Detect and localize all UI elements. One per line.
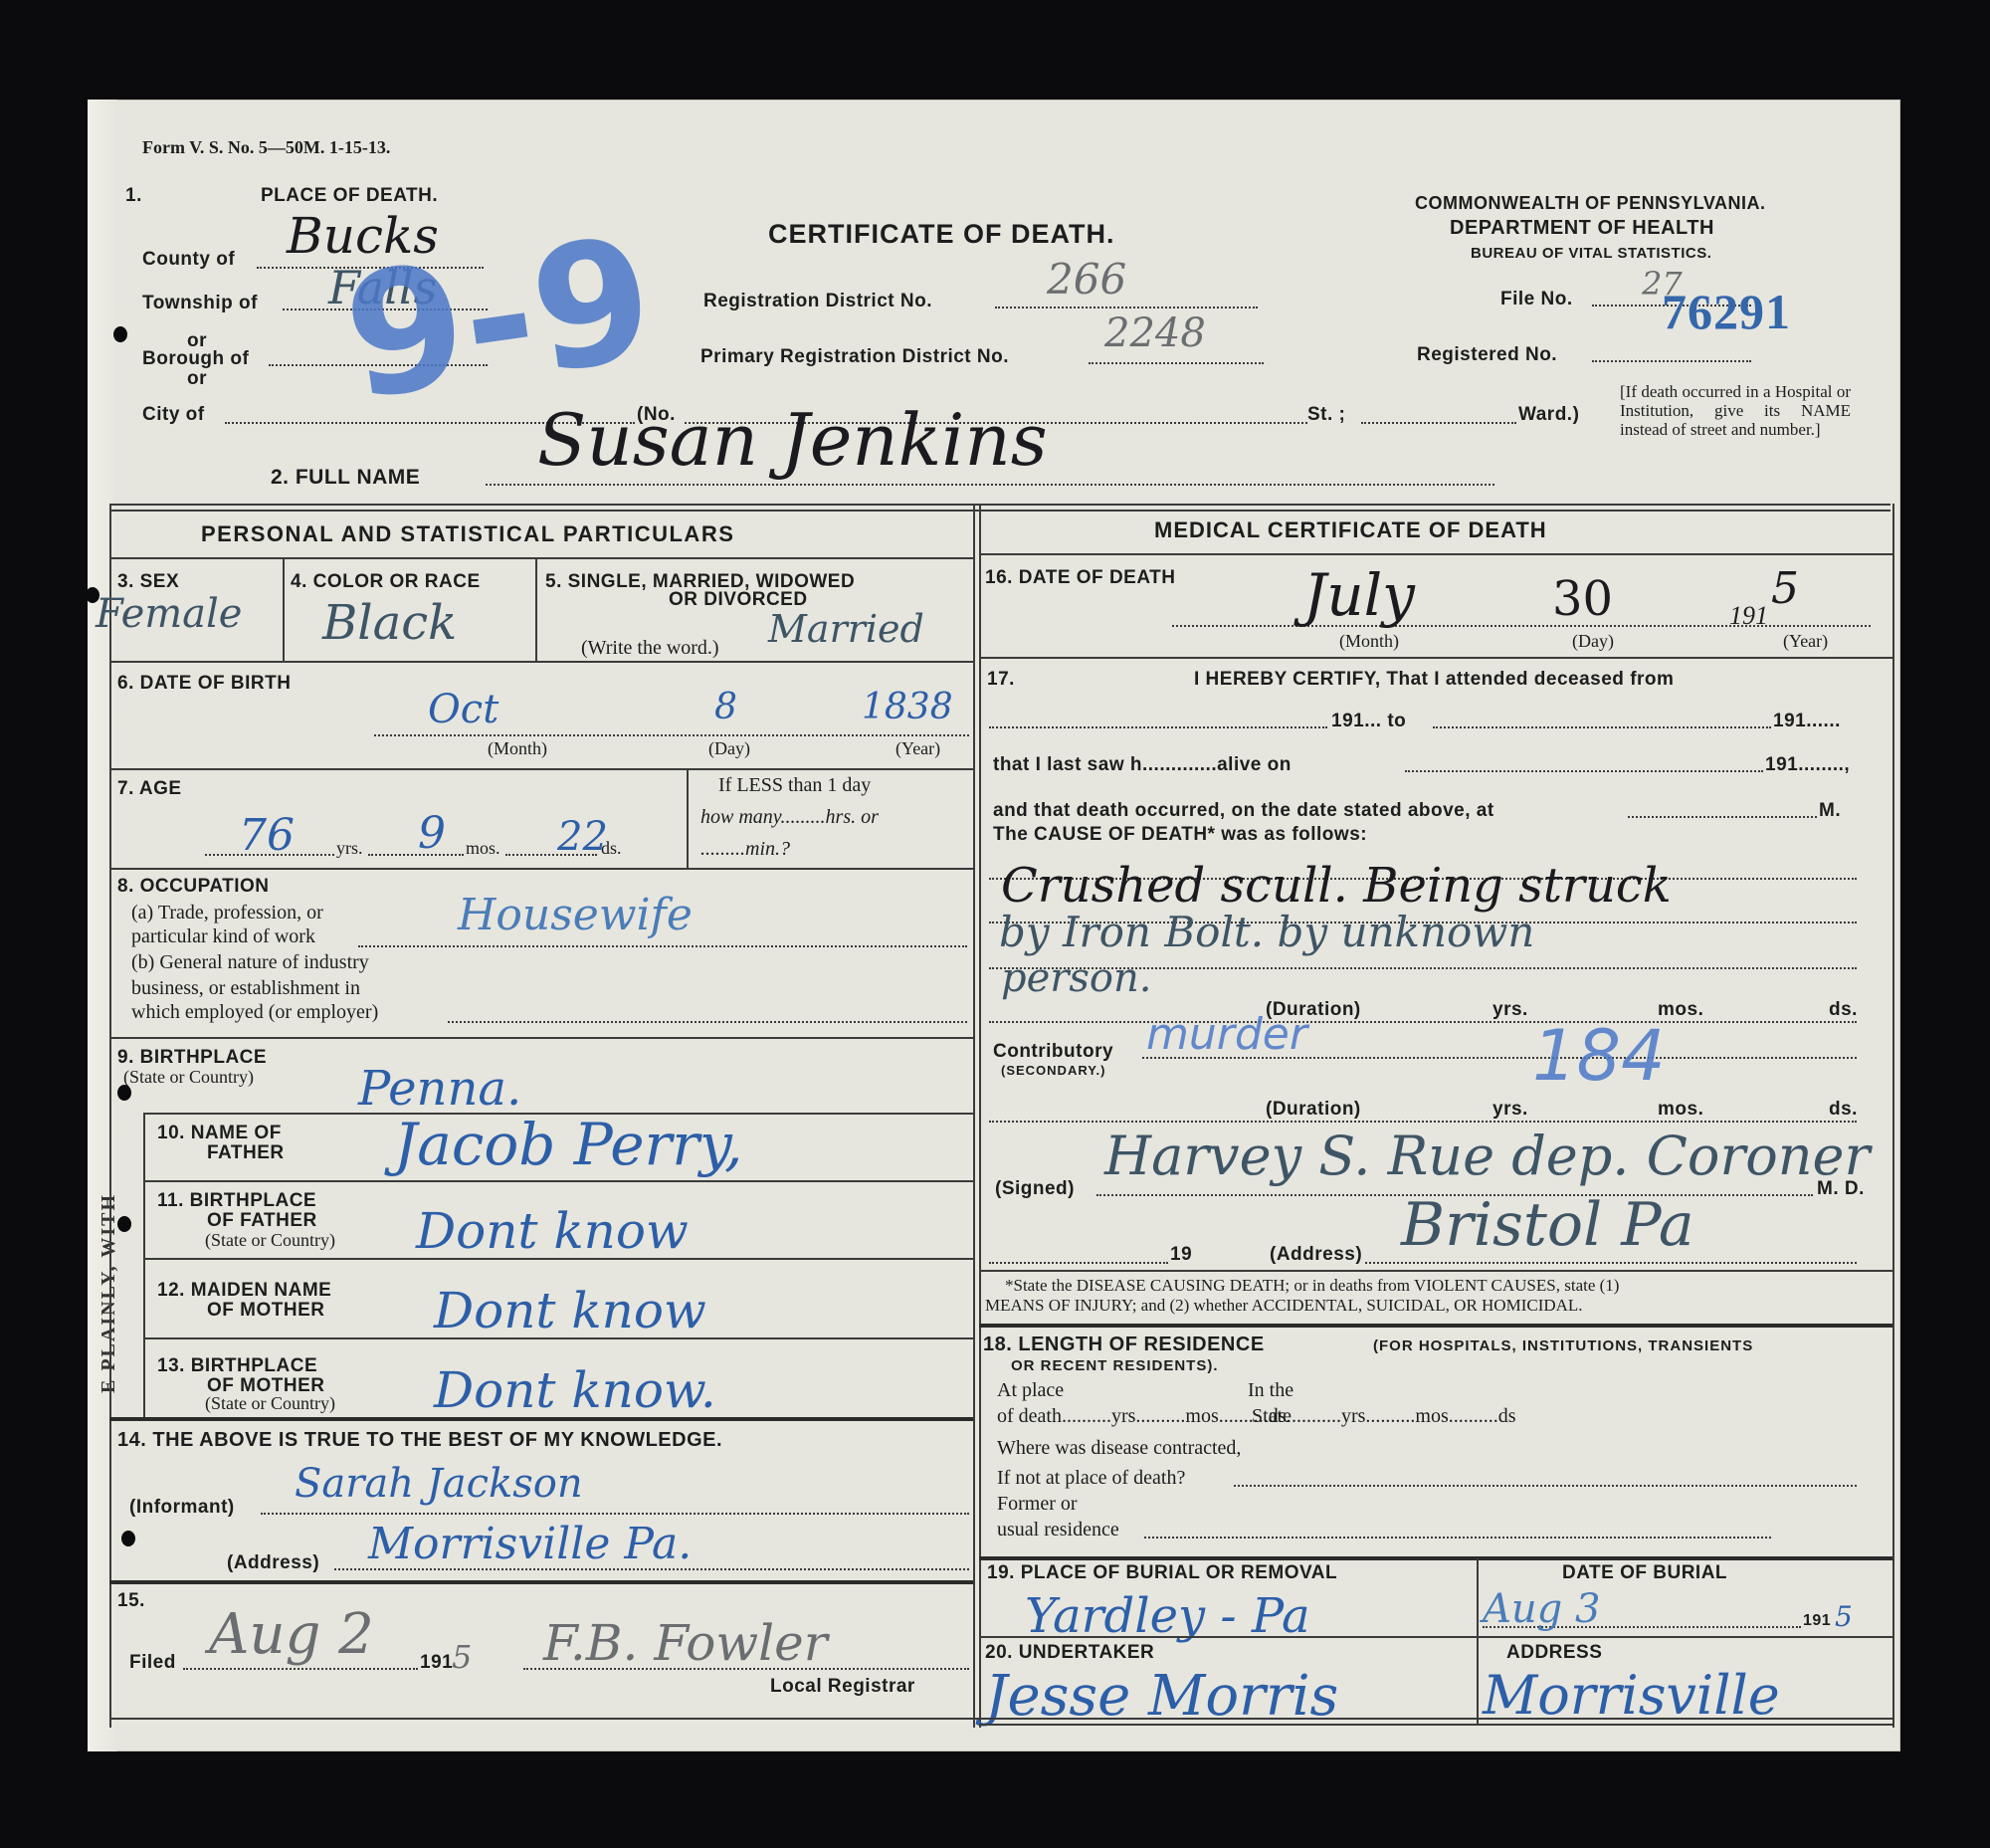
place-of-death-label: PLACE OF DEATH. <box>261 185 438 207</box>
duration-label: (Duration) <box>1266 1099 1361 1121</box>
divider <box>109 557 973 559</box>
center-divider <box>973 504 975 1728</box>
informant-value: Sarah Jackson <box>295 1461 583 1507</box>
state-or-country-hint: (State or Country) <box>123 1067 254 1088</box>
father-birthplace-value: Dont know <box>416 1202 689 1260</box>
medical-section-title: MEDICAL CERTIFICATE OF DEATH <box>1154 517 1547 543</box>
divider <box>535 557 537 661</box>
residence-in-state-line: State..........yrs..........mos.........… <box>1252 1405 1516 1428</box>
divider <box>109 510 1890 512</box>
yrs-label: yrs. <box>336 838 363 859</box>
right-border <box>1892 504 1894 1728</box>
physician-signature: Harvey S. Rue dep. Coroner <box>1104 1125 1870 1187</box>
hospital-note: [If death occurred in a Hospital or Inst… <box>1620 382 1851 439</box>
mother-maiden-name-value: Dont know <box>434 1282 706 1339</box>
certify-section-number: 17. <box>987 669 1015 691</box>
race-label: 4. COLOR OR RACE <box>291 571 481 593</box>
agency-line-3: BUREAU OF VITAL STATISTICS. <box>1471 245 1711 262</box>
less-than-day-line-3: .........min.? <box>700 838 790 861</box>
full-name-label: 2. FULL NAME <box>271 466 420 490</box>
primary-registration-district-label: Primary Registration District No. <box>700 346 1009 368</box>
informant-field-line <box>261 1513 969 1515</box>
burial-year-suffix: 5 <box>1835 1600 1853 1633</box>
dob-field-line <box>374 734 969 736</box>
divider <box>283 557 285 661</box>
death-occurred-label: and that death occurred, on the date sta… <box>993 800 1494 822</box>
occupation-a-field-line <box>358 945 967 947</box>
physician-address-label: (Address) <box>1270 1244 1362 1266</box>
divider <box>979 1556 1892 1560</box>
bottom-border <box>979 1724 1892 1726</box>
if-not-place-label: If not at place of death? <box>997 1467 1185 1490</box>
divider <box>687 768 689 868</box>
city-label: City of <box>142 404 205 426</box>
ward-label: Ward.) <box>1518 404 1579 426</box>
binder-hole <box>113 326 127 342</box>
age-months-line <box>368 854 464 856</box>
occupation-label: 8. OCCUPATION <box>117 876 270 898</box>
undertaker-label: 20. UNDERTAKER <box>985 1642 1154 1664</box>
dod-year-prefix: 191 <box>1729 601 1768 631</box>
day-caption: (Day) <box>708 738 750 759</box>
date-of-birth-label: 6. DATE OF BIRTH <box>117 673 291 695</box>
ds-label: ds. <box>1829 999 1858 1021</box>
registration-district-value: 266 <box>1047 255 1126 304</box>
or-label: or <box>187 368 207 390</box>
occupation-a-line-2: particular kind of work <box>131 925 315 948</box>
divider <box>143 1337 973 1339</box>
occupation-b-field-line <box>448 1021 967 1023</box>
state-or-country-hint: (State or Country) <box>205 1230 335 1251</box>
mother-maiden-name-label: 12. MAIDEN NAME <box>157 1280 331 1302</box>
divider <box>1477 1558 1479 1726</box>
ward-field-line <box>1361 422 1516 424</box>
birthplace-value: Penna. <box>358 1061 521 1117</box>
occupation-b-line-2: business, or establishment in <box>131 977 360 1000</box>
signature-date-line <box>989 1262 1168 1264</box>
divider <box>109 1417 973 1421</box>
burial-place-label: 19. PLACE OF BURIAL OR REMOVAL <box>987 1562 1337 1584</box>
informant-section-label: 14. THE ABOVE IS TRUE TO THE BEST OF MY … <box>117 1429 722 1452</box>
marital-status-value: Married <box>768 607 924 651</box>
ds-label: ds. <box>601 838 622 859</box>
mos-label: mos. <box>1658 1099 1703 1121</box>
personal-section-title: PERSONAL AND STATISTICAL PARTICULARS <box>201 521 734 547</box>
contributory-label: Contributory <box>993 1041 1113 1063</box>
attended-to-line <box>1433 726 1771 728</box>
month-caption: (Month) <box>1339 631 1399 652</box>
divider <box>109 768 973 770</box>
meridiem-label: M. <box>1819 800 1841 822</box>
registration-district-label: Registration District No. <box>703 291 932 312</box>
month-caption: (Month) <box>488 738 547 759</box>
former-or-label: Former or <box>997 1493 1078 1516</box>
contributory-value: murder <box>1146 1009 1307 1060</box>
usual-residence-label: usual residence <box>997 1519 1119 1541</box>
center-divider <box>979 504 981 1728</box>
divider <box>979 553 1892 555</box>
county-label: County of <box>142 249 235 271</box>
divider <box>979 1270 1892 1272</box>
divider <box>109 1580 973 1584</box>
duration-line <box>989 1021 1857 1023</box>
physician-address-line <box>1365 1262 1857 1264</box>
burial-date-value: Aug 3 <box>1483 1586 1600 1632</box>
mother-birthplace-value: Dont know. <box>434 1361 716 1419</box>
informant-address-label: (Address) <box>227 1552 319 1574</box>
cause-of-death-line-3: person. <box>1001 955 1151 1001</box>
file-number-stamp: 76291 <box>1662 283 1791 340</box>
divider <box>143 1113 145 1417</box>
left-border <box>109 504 111 1728</box>
father-birthplace-label: 11. BIRTHPLACE <box>157 1190 316 1212</box>
last-saw-line <box>1405 770 1763 772</box>
sex-label: 3. SEX <box>117 571 179 593</box>
street-label: St. ; <box>1307 404 1345 426</box>
divider <box>979 657 1892 659</box>
attended-from-line <box>989 726 1327 728</box>
divider <box>143 1258 973 1260</box>
township-label: Township of <box>142 293 258 314</box>
state-or-country-hint: (State or Country) <box>205 1393 335 1414</box>
usual-residence-line <box>1144 1537 1771 1539</box>
occupation-b-line-3: which employed (or employer) <box>131 1001 378 1024</box>
registration-district-line <box>995 307 1258 308</box>
dob-day-value: 8 <box>714 687 737 727</box>
dod-year-suffix: 5 <box>1771 563 1799 614</box>
filed-year-prefix: 191 <box>420 1652 453 1674</box>
where-contracted-label: Where was disease contracted, <box>997 1437 1241 1460</box>
birthplace-label: 9. BIRTHPLACE <box>117 1047 267 1069</box>
divider <box>979 1636 1892 1638</box>
filed-date-line <box>183 1668 418 1670</box>
father-name-label: 10. NAME OF <box>157 1123 282 1144</box>
bottom-border <box>109 1718 1892 1720</box>
primary-registration-district-value: 2248 <box>1104 310 1206 356</box>
father-birthplace-label-2: OF FATHER <box>207 1210 317 1232</box>
age-months-value: 9 <box>418 808 446 859</box>
registered-number-line <box>1592 360 1751 362</box>
binder-hole <box>121 1531 135 1546</box>
secondary-duration-line <box>989 1121 1857 1123</box>
dod-month-value: July <box>1303 561 1415 629</box>
certificate-title: CERTIFICATE OF DEATH. <box>768 219 1114 250</box>
certify-statement: I HEREBY CERTIFY, That I attended deceas… <box>1194 669 1674 691</box>
divider <box>109 504 1890 506</box>
attended-from-year: 191... to <box>1331 711 1406 732</box>
informant-label: (Informant) <box>129 1497 235 1519</box>
death-time-line <box>1628 816 1817 818</box>
filed-date-value: Aug 2 <box>209 1602 374 1667</box>
dob-year-value: 1838 <box>862 687 953 727</box>
race-value: Black <box>322 595 457 651</box>
at-place-label: At place <box>997 1379 1064 1402</box>
filed-year-suffix: 5 <box>452 1638 472 1676</box>
primary-registration-district-line <box>1089 362 1264 364</box>
occupation-a-line-1: (a) Trade, profession, or <box>131 902 323 924</box>
file-number-label: File No. <box>1500 289 1573 310</box>
signed-label: (Signed) <box>995 1178 1075 1200</box>
full-name-line <box>486 484 1494 486</box>
physician-address-value: Bristol Pa <box>1401 1190 1694 1260</box>
footnote-line-1: *State the DISEASE CAUSING DEATH; or in … <box>1005 1276 1619 1296</box>
registrar-signature: F.B. Fowler <box>543 1614 828 1672</box>
filed-label: Filed <box>129 1652 176 1674</box>
mos-label: mos. <box>466 838 500 859</box>
agency-line-1: COMMONWEALTH OF PENNSYLVANIA. <box>1415 193 1765 214</box>
cause-of-death-line-1: Crushed scull. Being struck <box>1001 858 1672 914</box>
divider <box>109 1037 973 1039</box>
father-name-label-2: FATHER <box>207 1142 285 1164</box>
less-than-day-line-2: how many.........hrs. or <box>700 806 879 829</box>
last-saw-year: 191........, <box>1765 754 1850 776</box>
burial-year-prefix: 191 <box>1803 1612 1831 1630</box>
full-name-value: Susan Jenkins <box>537 398 1048 482</box>
yrs-label: yrs. <box>1492 999 1528 1021</box>
last-saw-label: that I last saw h.............alive on <box>993 754 1292 776</box>
divider <box>109 868 973 870</box>
cause-of-death-line-2: by Iron Bolt. by unknown <box>999 908 1534 956</box>
day-caption: (Day) <box>1572 631 1614 652</box>
cause-of-death-intro: The CAUSE OF DEATH* was as follows: <box>993 824 1367 846</box>
sex-value: Female <box>96 591 242 637</box>
md-label: M. D. <box>1817 1178 1865 1200</box>
contributory-annotation: 184 <box>1532 1015 1666 1097</box>
residence-label: 18. LENGTH OF RESIDENCE <box>983 1334 1265 1356</box>
divider <box>109 661 973 663</box>
agency-line-2: DEPARTMENT OF HEALTH <box>1450 217 1714 240</box>
footnote-line-2: MEANS OF INJURY; and (2) whether ACCIDEN… <box>985 1296 1583 1316</box>
occupation-b-line-1: (b) General nature of industry <box>131 951 369 974</box>
year-caption: (Year) <box>1783 631 1828 652</box>
registered-number-label: Registered No. <box>1417 344 1557 366</box>
age-label: 7. AGE <box>117 778 182 800</box>
mother-maiden-name-label-2: OF MOTHER <box>207 1300 325 1322</box>
form-number: Form V. S. No. 5—50M. 1-15-13. <box>142 137 390 158</box>
occupation-value: Housewife <box>458 890 693 940</box>
date-of-death-label: 16. DATE OF DEATH <box>985 567 1175 589</box>
filed-section-number: 15. <box>117 1590 145 1612</box>
year-caption: (Year) <box>895 738 940 759</box>
divider <box>143 1180 973 1182</box>
age-years-value: 76 <box>239 810 295 861</box>
borough-label: Borough of <box>142 348 249 370</box>
ds-label: ds. <box>1829 1099 1858 1121</box>
less-than-day-line-1: If LESS than 1 day <box>718 774 871 797</box>
divider <box>979 1324 1892 1328</box>
residence-at-place-line: of death..........yrs..........mos......… <box>997 1405 1292 1428</box>
in-the-label: In the <box>1248 1379 1293 1402</box>
residence-note: (FOR HOSPITALS, INSTITUTIONS, TRANSIENTS <box>1373 1337 1753 1354</box>
section-number-1: 1. <box>125 185 142 207</box>
local-registrar-label: Local Registrar <box>770 1676 915 1698</box>
residence-note-2: OR RECENT RESIDENTS). <box>1011 1357 1219 1374</box>
father-name-value: Jacob Perry, <box>394 1111 743 1178</box>
informant-address-value: Morrisville Pa. <box>368 1519 692 1569</box>
signature-date-prefix: 19 <box>1170 1244 1192 1266</box>
undertaker-address-label: ADDRESS <box>1506 1642 1602 1664</box>
attended-to-year: 191...... <box>1773 711 1841 732</box>
burial-date-label: DATE OF BURIAL <box>1562 1562 1727 1584</box>
marital-hint: (Write the word.) <box>581 637 719 660</box>
mother-birthplace-label: 13. BIRTHPLACE <box>157 1355 317 1377</box>
dob-month-value: Oct <box>428 687 498 732</box>
disease-contracted-line <box>1234 1485 1857 1487</box>
yrs-label: yrs. <box>1492 1099 1528 1121</box>
dod-day-value: 30 <box>1552 571 1613 627</box>
secondary-label: (SECONDARY.) <box>1001 1063 1105 1078</box>
